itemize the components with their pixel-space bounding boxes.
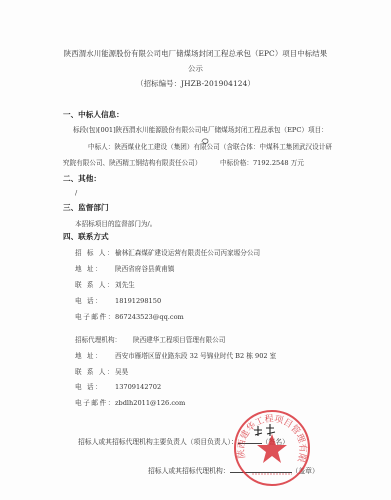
- field-label: 电 话：: [75, 295, 115, 305]
- agency-name: 陕西建华工程项目管理有限公司: [133, 336, 225, 344]
- agency-address-row: 地 址：西安市雁塔区留业路东段 32 号锦业时代 B2 栋 902 室: [75, 350, 276, 360]
- field-label: 地 址：: [75, 350, 115, 360]
- tenderer-email-row: 电子邮件：867243523@qq.com: [75, 311, 184, 321]
- tenderer-contact-row: 联 系 人：刘先生: [75, 279, 135, 289]
- title-line-1: 陕西渭水川能源股份有限公司电厂储煤场封闭工程总承包（EPC）项目中标结果: [0, 46, 391, 61]
- agency-email-row: 电子邮件：zbdlh2011@126.com: [75, 397, 185, 407]
- tender-number: （招标编号：JHZB-201904124）: [0, 76, 391, 91]
- tenderer-address: 陕西省府谷县黄甫镇: [115, 265, 174, 273]
- tenderer-name-row: 招 标 人：榆林汇森煤矿建设运营有限责任公司丙家塬分公司: [75, 247, 260, 257]
- field-label: 招标代理机构：: [75, 334, 133, 344]
- agency-phone: 13709142702: [115, 383, 161, 391]
- agency-name-row: 招标代理机构：陕西建华工程项目管理有限公司: [75, 334, 225, 344]
- responsible-person-label: 招标人或其招标代理机构主要负责人（项目负责人）：: [78, 438, 238, 446]
- agency-phone-row: 电 话：13709142702: [75, 381, 161, 391]
- tenderer-name: 榆林汇森煤矿建设运营有限责任公司丙家塬分公司: [115, 249, 260, 257]
- field-label: 联 系 人：: [75, 279, 115, 289]
- winning-bidder: 中标人：陕西煤业化工建设（集团）有限公司（含联合体：中煤科工集团武汉设计研: [88, 141, 332, 151]
- document-title: 陕西渭水川能源股份有限公司电厂储煤场封闭工程总承包（EPC）项目中标结果 公示 …: [0, 46, 391, 91]
- section-heading-contact: 四、联系方式: [63, 231, 109, 242]
- other-content: /: [75, 189, 77, 197]
- winning-price: 中标价格：7192.2548 万元: [220, 157, 304, 167]
- field-label: 电子邮件：: [75, 311, 115, 321]
- section-heading-supervision: 三、监督部门: [63, 202, 109, 213]
- field-label: 招 标 人：: [75, 247, 115, 257]
- winning-price-label: 中标价格：: [220, 159, 253, 167]
- field-label: 地 址：: [75, 263, 115, 273]
- lot-description: 标段(包)[001]陕西渭水川能源股份有限公司电厂储煤场封闭工程总承包（EPC）…: [73, 124, 328, 134]
- tenderer-phone-row: 电 话：18191298150: [75, 295, 161, 305]
- winning-bidder-continued: 究院有限公司、陕西精工钢结构有限责任公司）: [63, 157, 201, 167]
- agency-email: zbdlh2011@126.com: [115, 399, 185, 407]
- agency-contact: 吴昊: [115, 368, 128, 376]
- supervision-content: 本招标项目的监督部门为/。: [75, 218, 156, 228]
- section-heading-winner-info: 一、中标人信息：: [63, 109, 124, 120]
- agency-address: 西安市雁塔区留业路东段 32 号锦业时代 B2 栋 902 室: [115, 352, 276, 360]
- field-label: 电 话：: [75, 381, 115, 391]
- winning-price-value: 7192.2548 万元: [253, 159, 304, 167]
- tenderer-address-row: 地 址：陕西省府谷县黄甫镇: [75, 263, 174, 273]
- organization-label: 招标人或其招标代理机构：: [148, 467, 230, 475]
- agency-contact-row: 联 系 人：吴昊: [75, 366, 128, 376]
- section-heading-other: 二、其他：: [63, 173, 101, 184]
- field-label: 联 系 人：: [75, 366, 115, 376]
- field-label: 电子邮件：: [75, 397, 115, 407]
- scanned-document-page: 陕西渭水川能源股份有限公司电厂储煤场封闭工程总承包（EPC）项目中标结果 公示 …: [0, 0, 391, 500]
- title-line-2: 公示: [0, 61, 391, 76]
- tenderer-phone: 18191298150: [115, 297, 161, 305]
- tenderer-contact: 刘先生: [115, 281, 135, 289]
- official-seal-icon: 陕西建华工程项目管理有限公司: [232, 408, 312, 488]
- tenderer-email: 867243523@qq.com: [115, 313, 184, 321]
